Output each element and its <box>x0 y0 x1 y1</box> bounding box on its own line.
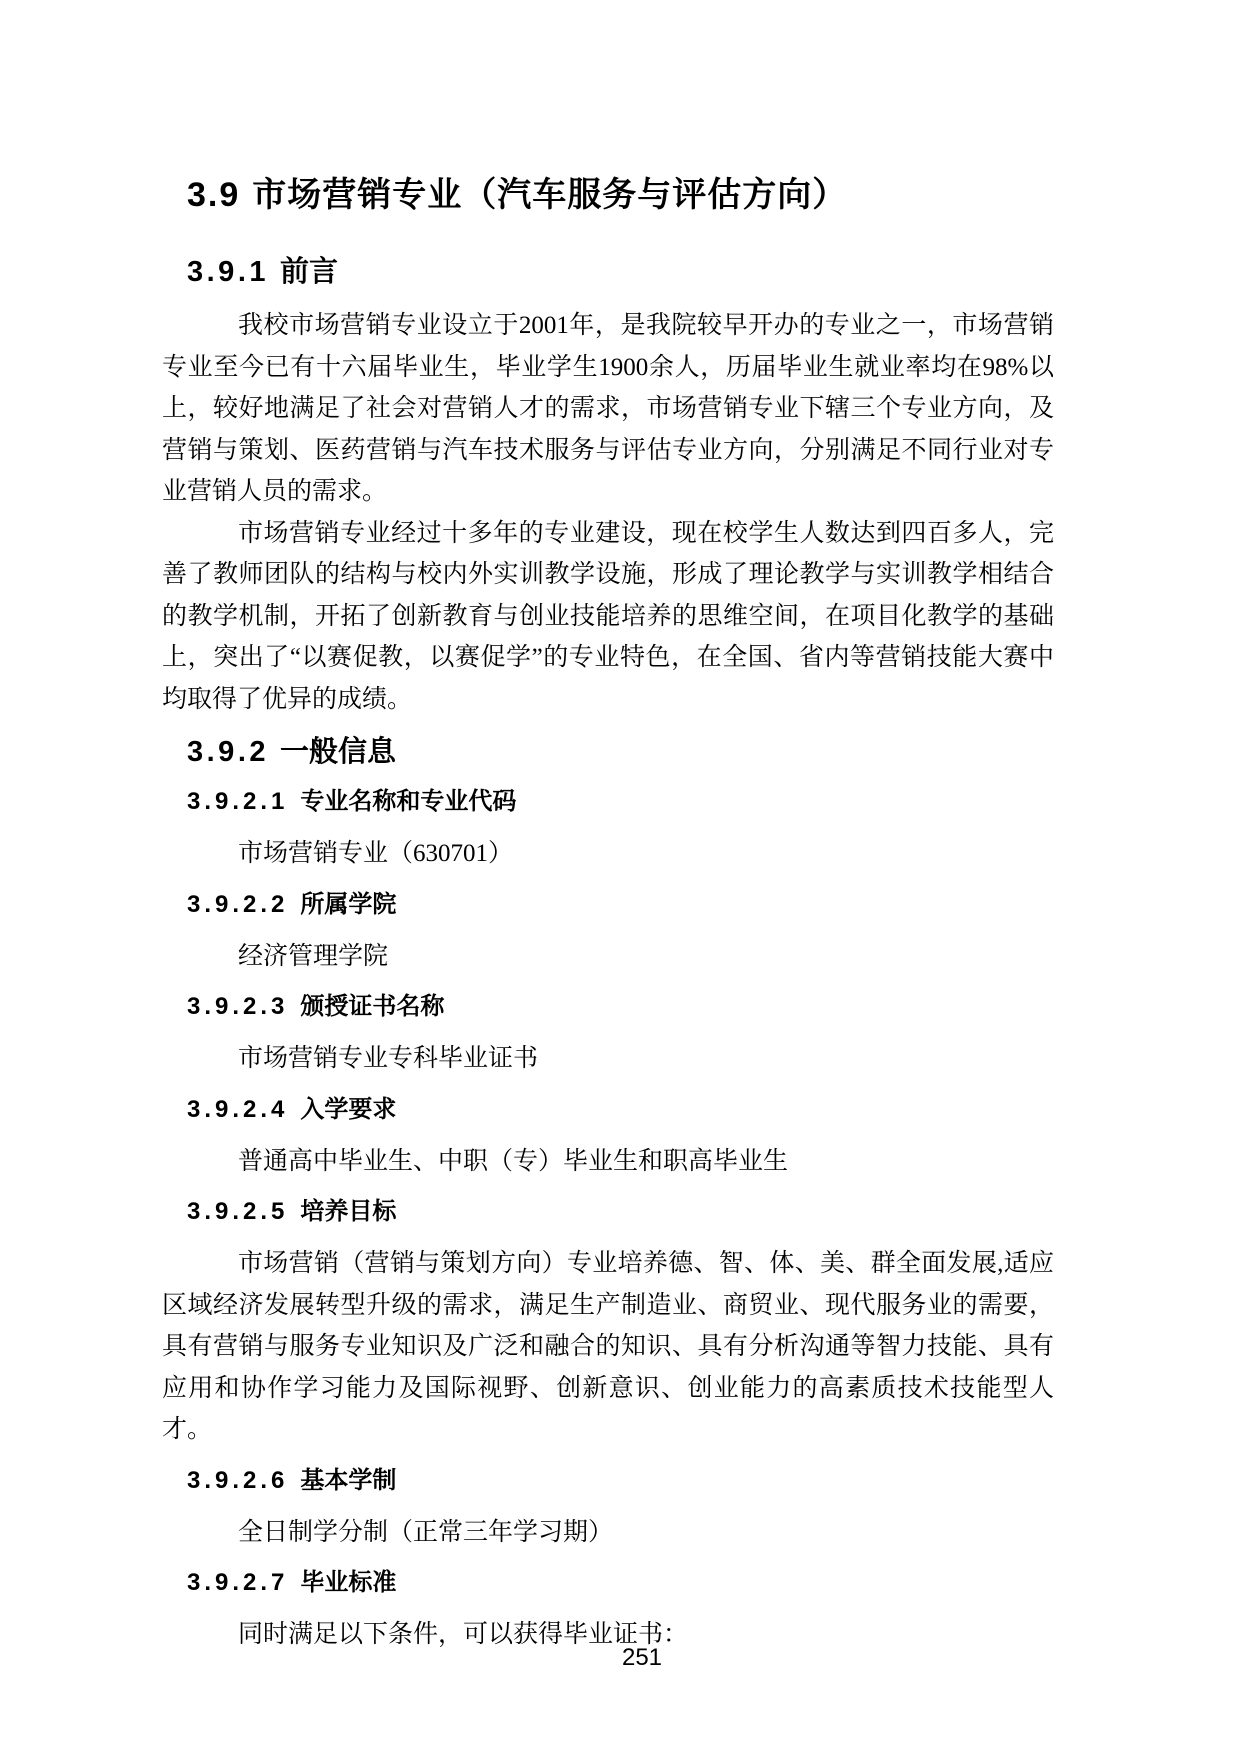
section-title-text: 一般信息 <box>280 736 396 768</box>
training-objectives-text: 市场营销（营销与策划方向）专业培养德、智、体、美、群全面发展,适应区域经济发展转… <box>162 1243 1054 1451</box>
subsection-number: 3.9.2.7 <box>187 1569 288 1596</box>
subsection-title-text: 入学要求 <box>300 1096 396 1123</box>
section-heading-general-info: 3.9.2一般信息 <box>187 732 1054 772</box>
subsection-heading-certificate-name: 3.9.2.3颁授证书名称 <box>187 989 1054 1025</box>
certificate-name-text: 市场营销专业专科毕业证书 <box>162 1038 1054 1080</box>
page-number: 251 <box>22 1644 1240 1672</box>
admission-requirements-text: 普通高中毕业生、中职（专）毕业生和职高毕业生 <box>162 1141 1054 1183</box>
subsection-heading-graduation-standard: 3.9.2.7毕业标准 <box>187 1565 1054 1601</box>
subsection-title-text: 毕业标准 <box>300 1569 396 1596</box>
subsection-title-text: 基本学制 <box>300 1467 396 1494</box>
subsection-title-text: 颁授证书名称 <box>300 993 444 1020</box>
subsection-heading-schooling-system: 3.9.2.6基本学制 <box>187 1463 1054 1499</box>
section-number: 3.9.1 <box>187 256 269 288</box>
subsection-number: 3.9.2.1 <box>187 788 288 815</box>
section-heading-foreword: 3.9.1前言 <box>187 252 1054 292</box>
chapter-title: 3.9市场营销专业（汽车服务与评估方向） <box>187 172 1054 218</box>
section-title-text: 前言 <box>280 256 338 288</box>
foreword-paragraph-1: 我校市场营销专业设立于2001年，是我院较早开办的专业之一，市场营销专业至今已有… <box>162 305 1054 513</box>
subsection-number: 3.9.2.3 <box>187 993 288 1020</box>
subsection-heading-training-objectives: 3.9.2.5培养目标 <box>187 1194 1054 1230</box>
subsection-heading-admission-requirements: 3.9.2.4入学要求 <box>187 1092 1054 1128</box>
subsection-number: 3.9.2.2 <box>187 891 288 918</box>
major-name-code-text: 市场营销专业（630701） <box>162 833 1054 875</box>
section-number: 3.9.2 <box>187 736 269 768</box>
chapter-number: 3.9 <box>187 176 240 214</box>
subsection-heading-major-name-code: 3.9.2.1专业名称和专业代码 <box>187 784 1054 820</box>
chapter-title-text: 市场营销专业（汽车服务与评估方向） <box>252 176 847 214</box>
foreword-paragraph-2: 市场营销专业经过十多年的专业建设，现在校学生人数达到四百多人，完善了教师团队的结… <box>162 513 1054 721</box>
schooling-system-text: 全日制学分制（正常三年学习期） <box>162 1512 1054 1554</box>
document-page: 3.9市场营销专业（汽车服务与评估方向） 3.9.1前言 我校市场营销专业设立于… <box>0 0 1240 1753</box>
subsection-number: 3.9.2.6 <box>187 1467 288 1494</box>
subsection-heading-school: 3.9.2.2所属学院 <box>187 887 1054 923</box>
subsection-title-text: 专业名称和专业代码 <box>300 788 516 815</box>
subsection-number: 3.9.2.4 <box>187 1096 288 1123</box>
school-text: 经济管理学院 <box>162 936 1054 978</box>
subsection-title-text: 所属学院 <box>300 891 396 918</box>
subsection-title-text: 培养目标 <box>300 1198 396 1225</box>
subsection-number: 3.9.2.5 <box>187 1198 288 1225</box>
